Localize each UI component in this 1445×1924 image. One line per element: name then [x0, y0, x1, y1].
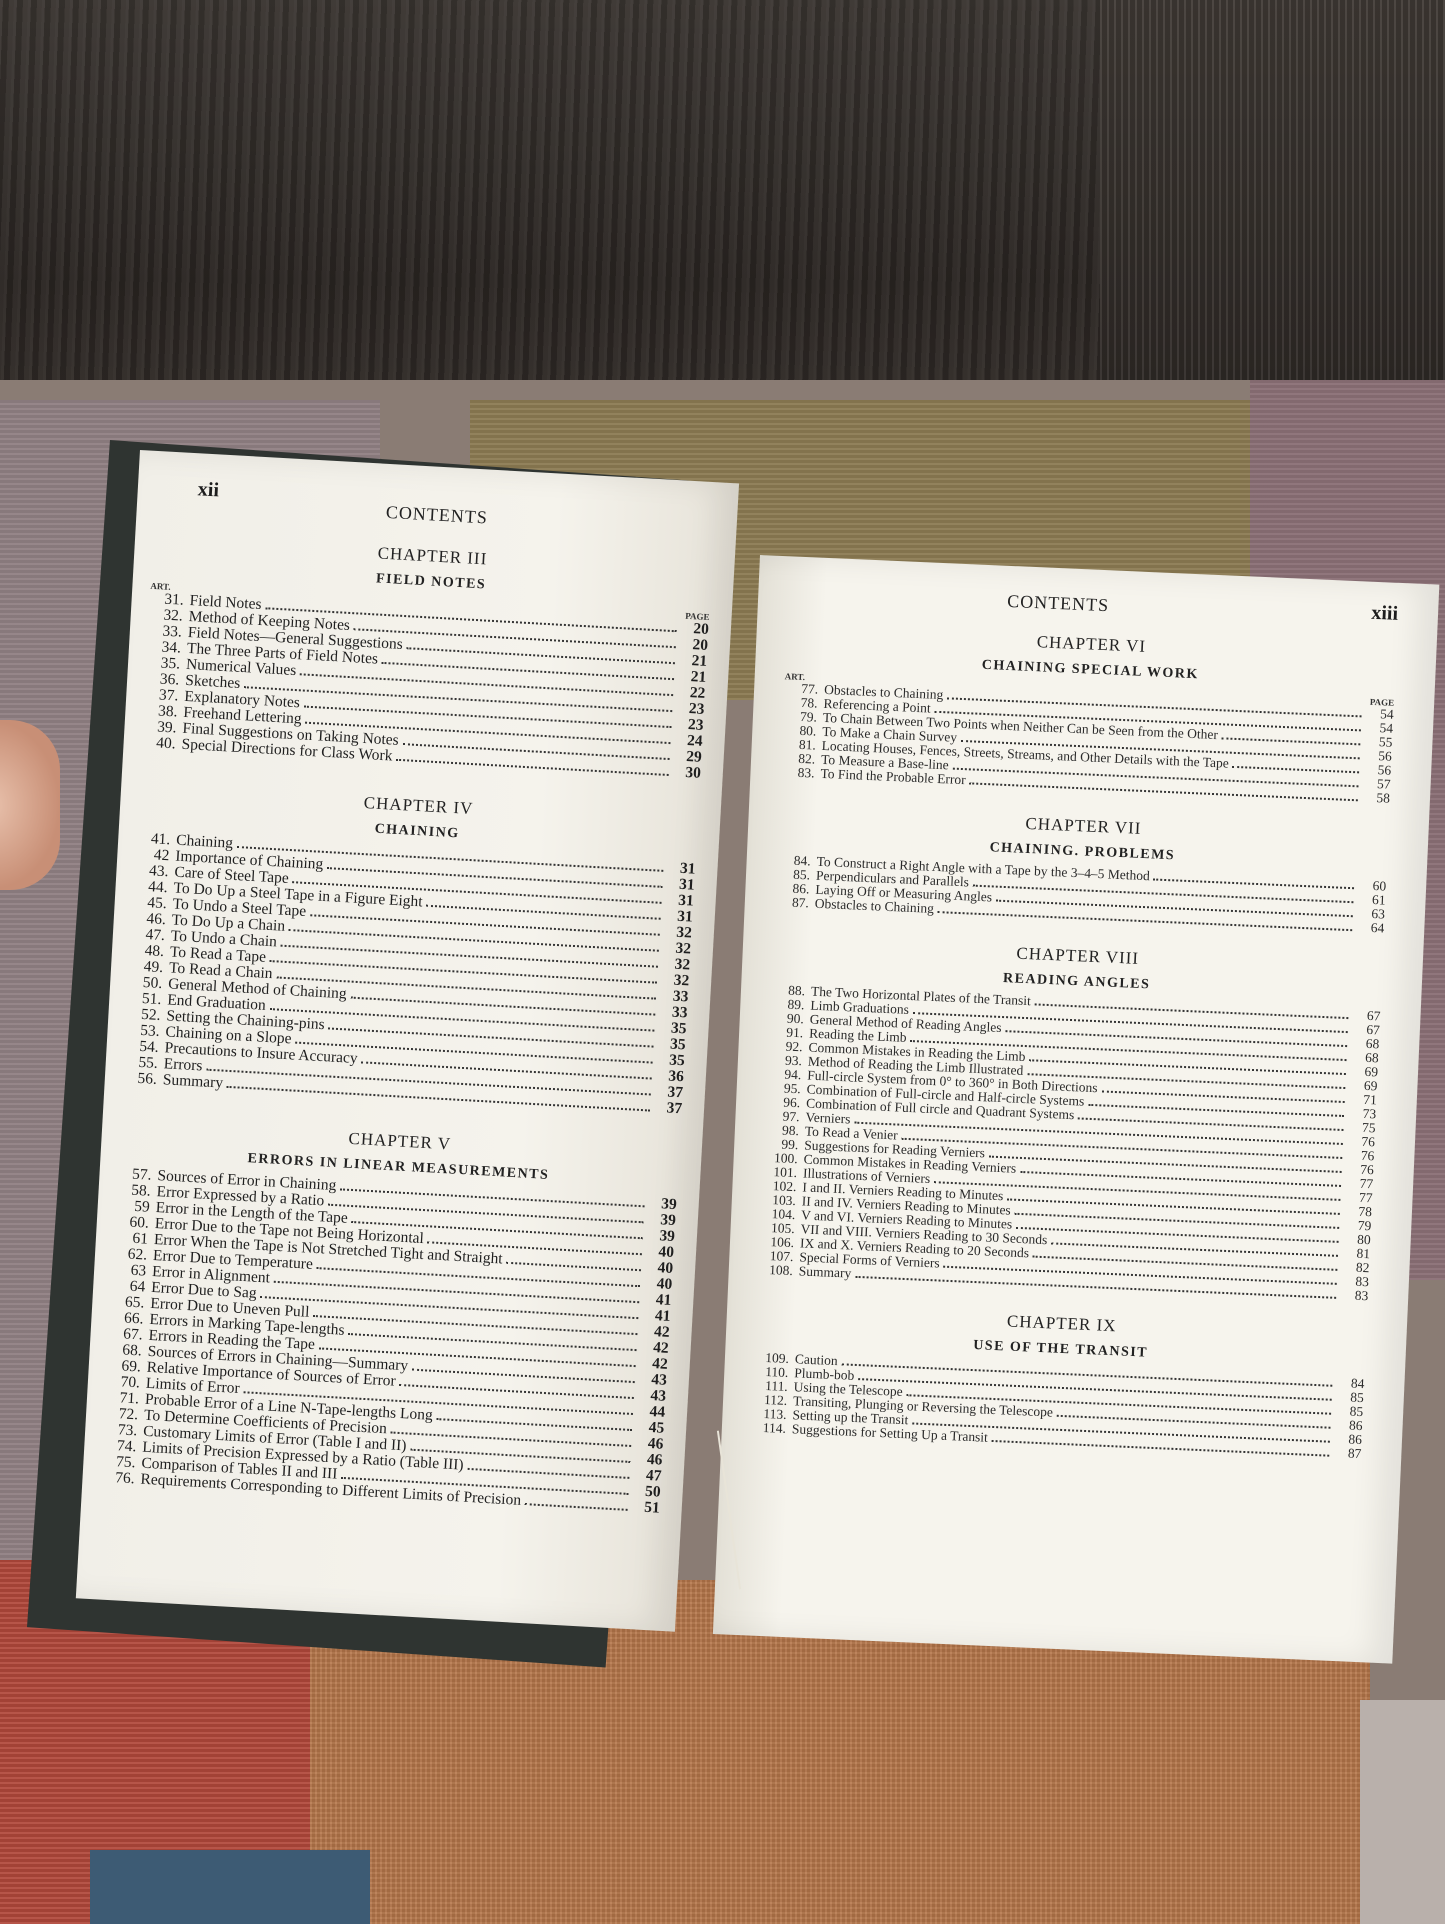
right-page: CONTENTS xiii CHAPTER VI CHAINING SPECIA…: [713, 555, 1439, 1664]
article-number: 56.: [122, 1070, 157, 1088]
entry-list: 41.Chaining3142Importance of Chaining314…: [122, 830, 695, 1117]
cloth-patch-grey: [1360, 1700, 1445, 1924]
chapter-block: CHAPTER III FIELD NOTES ART. PAGE 31.Fie…: [141, 531, 712, 782]
entry-list: 31.Field Notes2032.Method of Keeping Not…: [141, 591, 709, 782]
entry-title: Obstacles to Chaining: [815, 897, 935, 916]
chapter-block: CHAPTER VIII READING ANGLES 88.The Two H…: [759, 933, 1383, 1303]
article-number: 108.: [759, 1263, 794, 1278]
chapter-block: CHAPTER IX USE OF THE TRANSIT 109.Cautio…: [752, 1301, 1367, 1461]
entry-list: 88.The Two Horizontal Plates of the Tran…: [759, 983, 1381, 1303]
article-number: 60.: [114, 1214, 149, 1232]
chapter-block: CHAPTER IV CHAINING 41.Chaining3142Impor…: [122, 780, 698, 1117]
entry-page: 58: [1362, 790, 1391, 805]
article-number: 58.: [116, 1182, 151, 1200]
chapter-block: CHAPTER VI CHAINING SPECIAL WORK ART. PA…: [780, 621, 1396, 805]
entry-page: 64: [1356, 920, 1385, 935]
entry-title: Summary: [798, 1264, 851, 1280]
entry-page: 30: [672, 764, 701, 782]
entry-page: 87: [1333, 1446, 1362, 1461]
article-number: 62.: [113, 1246, 148, 1264]
article-number: 41.: [136, 830, 171, 848]
wooden-post: [1100, 0, 1445, 420]
entry-page: 51: [631, 1499, 660, 1517]
toc-right: CHAPTER VI CHAINING SPECIAL WORK ART. PA…: [752, 611, 1397, 1461]
page-number-right: xiii: [1371, 602, 1399, 626]
entry-page: 37: [654, 1100, 683, 1118]
dot-leader: [396, 759, 669, 776]
chapter-block: CHAPTER V ERRORS IN LINEAR MEASUREMENTS …: [100, 1116, 680, 1517]
dot-leader: [525, 1503, 628, 1511]
thumb: [0, 720, 60, 890]
left-page: xii CONTENTS CHAPTER III FIELD NOTES ART…: [76, 450, 739, 1632]
cloth-patch-blue: [90, 1850, 370, 1924]
toc-left: CHAPTER III FIELD NOTES ART. PAGE 31.Fie…: [100, 521, 713, 1517]
article-number: 63: [112, 1262, 147, 1280]
article-number: 40.: [141, 735, 176, 753]
article-number: 114.: [752, 1420, 787, 1435]
entry-list: 57.Sources of Error in Chaining3958.Erro…: [100, 1166, 677, 1517]
entry-title: Summary: [162, 1072, 223, 1091]
entry-page: 83: [1340, 1288, 1369, 1303]
article-number: 76.: [100, 1469, 135, 1487]
article-number: 83.: [780, 765, 815, 780]
chapter-block: CHAPTER VII CHAINING. PROBLEMS 84.To Con…: [775, 803, 1389, 936]
article-number: 87.: [775, 895, 810, 910]
